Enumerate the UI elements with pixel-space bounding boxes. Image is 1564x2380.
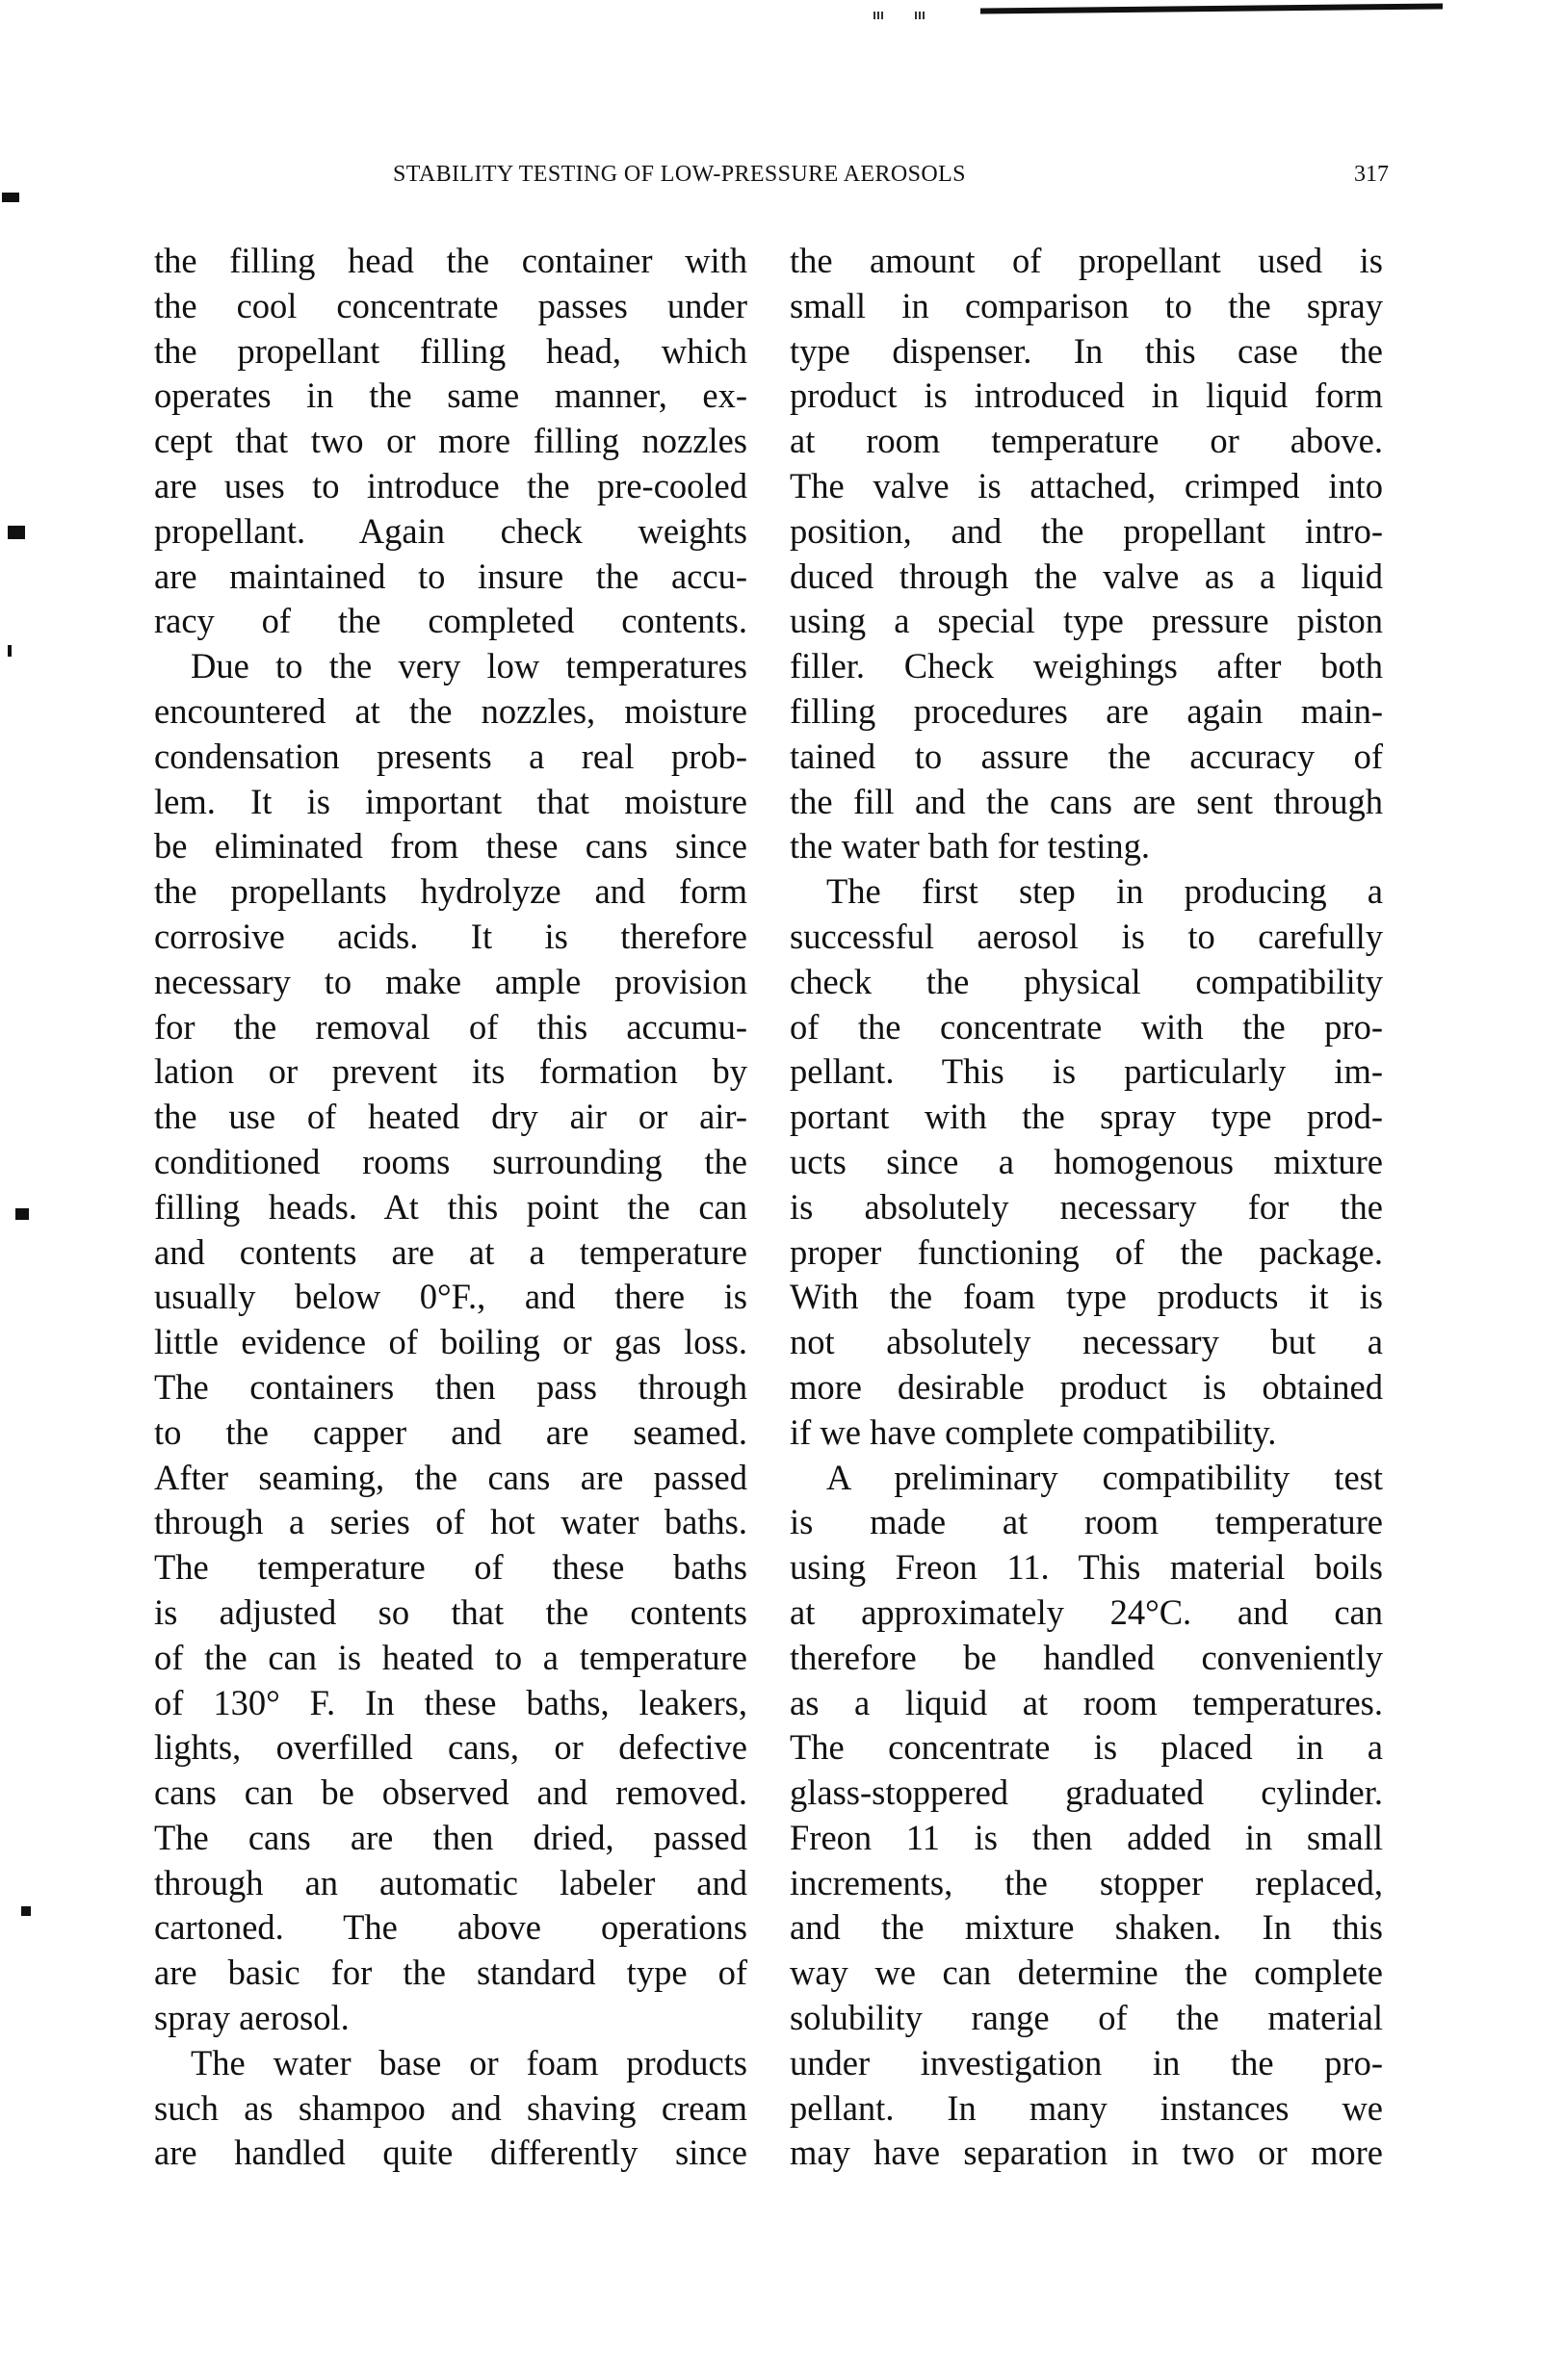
text-line: lights, overfilled cans, or defective — [154, 1725, 747, 1771]
text-line: the water bath for testing. — [790, 824, 1383, 869]
text-line: cartoned. The above operations — [154, 1905, 747, 1951]
text-line: at approximately 24°C. and can — [790, 1591, 1383, 1636]
text-line: racy of the completed contents. — [154, 599, 747, 644]
text-line: duced through the valve as a liquid — [790, 555, 1383, 600]
text-line: is made at room temperature — [790, 1500, 1383, 1545]
text-line: solubility range of the material — [790, 1996, 1383, 2041]
text-line: as a liquid at room temperatures. — [790, 1681, 1383, 1726]
text-line: cans can be observed and removed. — [154, 1771, 747, 1816]
text-line: therefore be handled conveniently — [790, 1636, 1383, 1681]
text-line: the propellant filling head, which — [154, 329, 747, 375]
text-line: operates in the same manner, ex- — [154, 374, 747, 419]
page-number: 317 — [1354, 162, 1389, 188]
text-line: Freon 11 is then added in small — [790, 1816, 1383, 1861]
text-line: the propellants hydrolyze and form — [154, 869, 747, 915]
text-line: position, and the propellant intro- — [790, 509, 1383, 555]
text-line: and the mixture shaken. In this — [790, 1905, 1383, 1951]
text-line: increments, the stopper replaced, — [790, 1861, 1383, 1906]
text-line: product is introduced in liquid form — [790, 374, 1383, 419]
text-line: usually below 0°F., and there is — [154, 1275, 747, 1320]
scan-artifact-ticks — [873, 12, 883, 19]
text-line: The cans are then dried, passed — [154, 1816, 747, 1861]
text-column-left: the filling head the container withthe c… — [154, 239, 747, 2176]
text-line: check the physical compatibility — [790, 960, 1383, 1005]
text-line: lem. It is important that moisture — [154, 780, 747, 825]
text-line: corrosive acids. It is therefore — [154, 915, 747, 960]
text-line: necessary to make ample provision — [154, 960, 747, 1005]
text-line: successful aerosol is to carefully — [790, 915, 1383, 960]
text-line: not absolutely necessary but a — [790, 1320, 1383, 1365]
text-line: the amount of propellant used is — [790, 239, 1383, 284]
text-line: condensation presents a real prob- — [154, 735, 747, 780]
text-line: using a special type pressure piston — [790, 599, 1383, 644]
text-line: through a series of hot water baths. — [154, 1500, 747, 1545]
scan-artifact-margin-mark — [8, 645, 12, 657]
text-line: cept that two or more filling nozzles — [154, 419, 747, 464]
text-line: such as shampoo and shaving cream — [154, 2086, 747, 2132]
text-line: the fill and the cans are sent through — [790, 780, 1383, 825]
text-line: The first step in producing a — [790, 869, 1383, 915]
scan-artifact-margin-mark — [21, 1906, 31, 1916]
scan-artifact-top-rule — [980, 3, 1443, 13]
scan-artifact-ticks — [915, 12, 925, 19]
text-line: if we have complete compatibility. — [790, 1410, 1383, 1456]
text-column-right: the amount of propellant used issmall in… — [790, 239, 1383, 2176]
text-line: way we can determine the complete — [790, 1951, 1383, 1996]
text-line: portant with the spray type prod- — [790, 1095, 1383, 1140]
text-line: After seaming, the cans are passed — [154, 1456, 747, 1501]
text-line: using Freon 11. This material boils — [790, 1545, 1383, 1591]
scan-artifact-margin-mark — [15, 1208, 29, 1220]
text-line: are uses to introduce the pre-cooled — [154, 464, 747, 509]
text-line: of 130° F. In these baths, leakers, — [154, 1681, 747, 1726]
text-line: small in comparison to the spray — [790, 284, 1383, 329]
text-line: Due to the very low temperatures — [154, 644, 747, 689]
scan-artifact-margin-mark — [8, 526, 25, 539]
text-line: be eliminated from these cans since — [154, 824, 747, 869]
text-line: The valve is attached, crimped into — [790, 464, 1383, 509]
text-line: conditioned rooms surrounding the — [154, 1140, 747, 1185]
text-line: type dispenser. In this case the — [790, 329, 1383, 375]
text-line: tained to assure the accuracy of — [790, 735, 1383, 780]
text-line: is absolutely necessary for the — [790, 1185, 1383, 1230]
text-line: through an automatic labeler and — [154, 1861, 747, 1906]
text-line: little evidence of boiling or gas loss. — [154, 1320, 747, 1365]
text-line: and contents are at a temperature — [154, 1230, 747, 1276]
text-line: proper functioning of the package. — [790, 1230, 1383, 1276]
text-line: the use of heated dry air or air- — [154, 1095, 747, 1140]
text-line: of the concentrate with the pro- — [790, 1005, 1383, 1050]
text-line: encountered at the nozzles, moisture — [154, 689, 747, 735]
text-line: glass-stoppered graduated cylinder. — [790, 1771, 1383, 1816]
running-head: STABILITY TESTING OF LOW-PRESSURE AEROSO… — [393, 162, 966, 188]
text-line: more desirable product is obtained — [790, 1365, 1383, 1410]
text-line: is adjusted so that the contents — [154, 1591, 747, 1636]
text-line: for the removal of this accumu- — [154, 1005, 747, 1050]
text-line: are maintained to insure the accu- — [154, 555, 747, 600]
text-line: The concentrate is placed in a — [790, 1725, 1383, 1771]
text-line: pellant. In many instances we — [790, 2086, 1383, 2132]
text-line: The water base or foam products — [154, 2041, 747, 2086]
scan-artifact-margin-mark — [2, 193, 19, 202]
text-line: With the foam type products it is — [790, 1275, 1383, 1320]
text-line: filling heads. At this point the can — [154, 1185, 747, 1230]
text-line: spray aerosol. — [154, 1996, 747, 2041]
text-line: A preliminary compatibility test — [790, 1456, 1383, 1501]
text-line: filler. Check weighings after both — [790, 644, 1383, 689]
text-line: may have separation in two or more — [790, 2131, 1383, 2176]
text-line: are basic for the standard type of — [154, 1951, 747, 1996]
text-line: at room temperature or above. — [790, 419, 1383, 464]
text-line: ucts since a homogenous mixture — [790, 1140, 1383, 1185]
text-line: of the can is heated to a temperature — [154, 1636, 747, 1681]
text-line: filling procedures are again main- — [790, 689, 1383, 735]
text-line: propellant. Again check weights — [154, 509, 747, 555]
text-line: The temperature of these baths — [154, 1545, 747, 1591]
text-line: are handled quite differently since — [154, 2131, 747, 2176]
text-line: the filling head the container with — [154, 239, 747, 284]
text-line: to the capper and are seamed. — [154, 1410, 747, 1456]
text-line: pellant. This is particularly im- — [790, 1049, 1383, 1095]
text-line: under investigation in the pro- — [790, 2041, 1383, 2086]
text-line: lation or prevent its formation by — [154, 1049, 747, 1095]
text-line: The containers then pass through — [154, 1365, 747, 1410]
text-line: the cool concentrate passes under — [154, 284, 747, 329]
